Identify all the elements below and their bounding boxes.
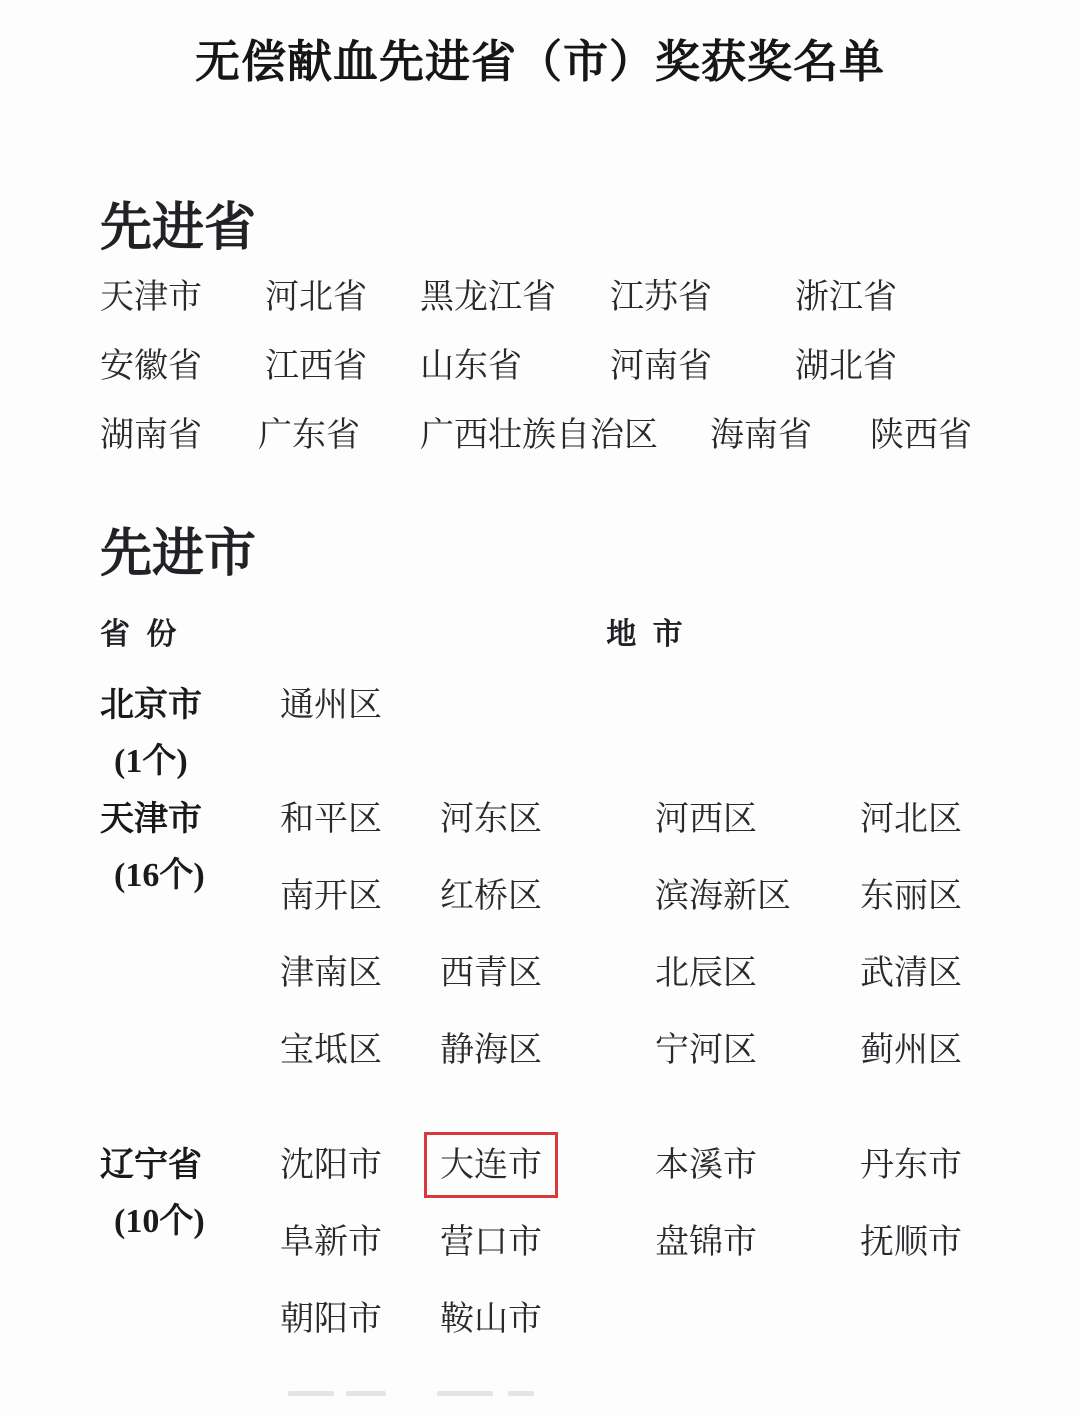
city-row: 朝阳市 鞍山市 [280,1296,980,1342]
cities-table-header: 省 份 地 市 [100,614,980,656]
group-city-rows: 和平区 河东区 河西区 河北区 南开区 红桥区 滨海新区 东丽区 津南区 西青区… [280,796,980,1104]
group-province-name: 北京市 [100,682,280,728]
city-cell: 阜新市 [280,1219,440,1265]
province-cell: 广西壮族自治区 [420,412,710,458]
province-cell: 天津市 [100,274,265,320]
group-province-name: 天津市 [100,796,280,842]
city-row: 沈阳市 大连市 本溪市 丹东市 [280,1142,980,1188]
province-cell: 黑龙江省 [420,274,610,320]
advanced-cities-heading: 先进市 [100,524,980,584]
advanced-provinces-heading: 先进省 [100,198,980,258]
city-row: 津南区 西青区 北辰区 武清区 [280,950,980,996]
group-province-cell: 辽宁省 (10个) [100,1142,280,1244]
group-province-count: (10个) [114,1200,280,1244]
city-row: 通州区 [280,682,980,728]
cropped-glyph-mark [508,1391,534,1396]
cropped-glyph-mark [346,1391,386,1396]
province-cell: 江苏省 [610,274,795,320]
province-row: 安徽省 江西省 山东省 河南省 湖北省 [100,343,980,389]
city-cell: 宝坻区 [280,1027,440,1073]
city-row: 阜新市 营口市 盘锦市 抚顺市 [280,1219,980,1265]
city-cell: 津南区 [280,950,440,996]
city-cell: 沈阳市 [280,1142,440,1188]
page-title: 无偿献血先进省（市）奖获奖名单 [100,0,980,90]
city-cell: 武清区 [860,950,980,996]
city-cell: 河北区 [860,796,980,842]
group-province-name: 辽宁省 [100,1142,280,1188]
group-province-cell: 天津市 (16个) [100,796,280,898]
province-cell: 广东省 [258,412,420,458]
city-cell: 通州区 [280,682,440,728]
city-cell: 和平区 [280,796,440,842]
city-cell: 朝阳市 [280,1296,440,1342]
highlight-box: 大连市 [424,1132,558,1198]
city-cell: 本溪市 [655,1142,860,1188]
city-cell: 北辰区 [655,950,860,996]
city-cell: 滨海新区 [655,873,860,919]
city-cell: 营口市 [440,1219,655,1265]
city-row: 和平区 河东区 河西区 河北区 [280,796,980,842]
group-province-count: (1个) [114,740,280,784]
group-city-rows: 通州区 [280,682,980,759]
city-row: 南开区 红桥区 滨海新区 东丽区 [280,873,980,919]
group-city-rows: 沈阳市 大连市 本溪市 丹东市 阜新市 营口市 盘锦市 抚顺市 朝阳市 鞍山市 [280,1142,980,1373]
city-cell: 宁河区 [655,1027,860,1073]
province-cell: 河北省 [265,274,420,320]
city-cell: 红桥区 [440,873,655,919]
group-province-cell: 北京市 (1个) [100,682,280,784]
document-page: 无偿献血先进省（市）奖获奖名单 先进省 天津市 河北省 黑龙江省 江苏省 浙江省… [0,0,1080,1416]
city-cell: 南开区 [280,873,440,919]
group-province-count: (16个) [114,854,280,898]
city-group-beijing: 北京市 (1个) 通州区 [100,682,980,784]
advanced-provinces-list: 天津市 河北省 黑龙江省 江苏省 浙江省 安徽省 江西省 山东省 河南省 湖北省… [100,274,980,458]
province-cell: 安徽省 [100,343,265,389]
city-cell: 鞍山市 [440,1296,655,1342]
province-cell: 湖北省 [795,343,980,389]
column-header-province: 省 份 [100,614,180,656]
city-cell: 抚顺市 [860,1219,980,1265]
city-cell: 河西区 [655,796,860,842]
city-cell: 丹东市 [860,1142,980,1188]
province-cell: 江西省 [265,343,420,389]
province-cell: 浙江省 [795,274,980,320]
city-cell: 西青区 [440,950,655,996]
province-cell: 陕西省 [870,412,980,458]
highlighted-city-cell: 大连市 [440,1142,655,1188]
city-group-liaoning: 辽宁省 (10个) 沈阳市 大连市 本溪市 丹东市 阜新市 营口市 盘锦市 抚顺… [100,1142,980,1373]
province-cell: 海南省 [710,412,870,458]
cropped-next-row [0,1391,1080,1399]
city-cell: 东丽区 [860,873,980,919]
province-cell: 河南省 [610,343,795,389]
column-header-city: 地 市 [606,614,686,656]
city-cell: 静海区 [440,1027,655,1073]
advanced-cities-section: 先进市 省 份 地 市 北京市 (1个) 通州区 天津市 (16个) [100,524,980,1373]
city-row: 宝坻区 静海区 宁河区 蓟州区 [280,1027,980,1073]
province-cell: 山东省 [420,343,610,389]
province-cell: 湖南省 [100,412,258,458]
province-row: 天津市 河北省 黑龙江省 江苏省 浙江省 [100,274,980,320]
cropped-glyph-mark [437,1391,493,1396]
city-cell: 蓟州区 [860,1027,980,1073]
city-cell: 盘锦市 [655,1219,860,1265]
city-group-tianjin: 天津市 (16个) 和平区 河东区 河西区 河北区 南开区 红桥区 滨海新区 东… [100,796,980,1104]
cropped-glyph-mark [288,1391,334,1396]
province-row: 湖南省 广东省 广西壮族自治区 海南省 陕西省 [100,412,980,458]
advanced-provinces-section: 先进省 天津市 河北省 黑龙江省 江苏省 浙江省 安徽省 江西省 山东省 河南省… [100,198,980,458]
city-cell: 河东区 [440,796,655,842]
